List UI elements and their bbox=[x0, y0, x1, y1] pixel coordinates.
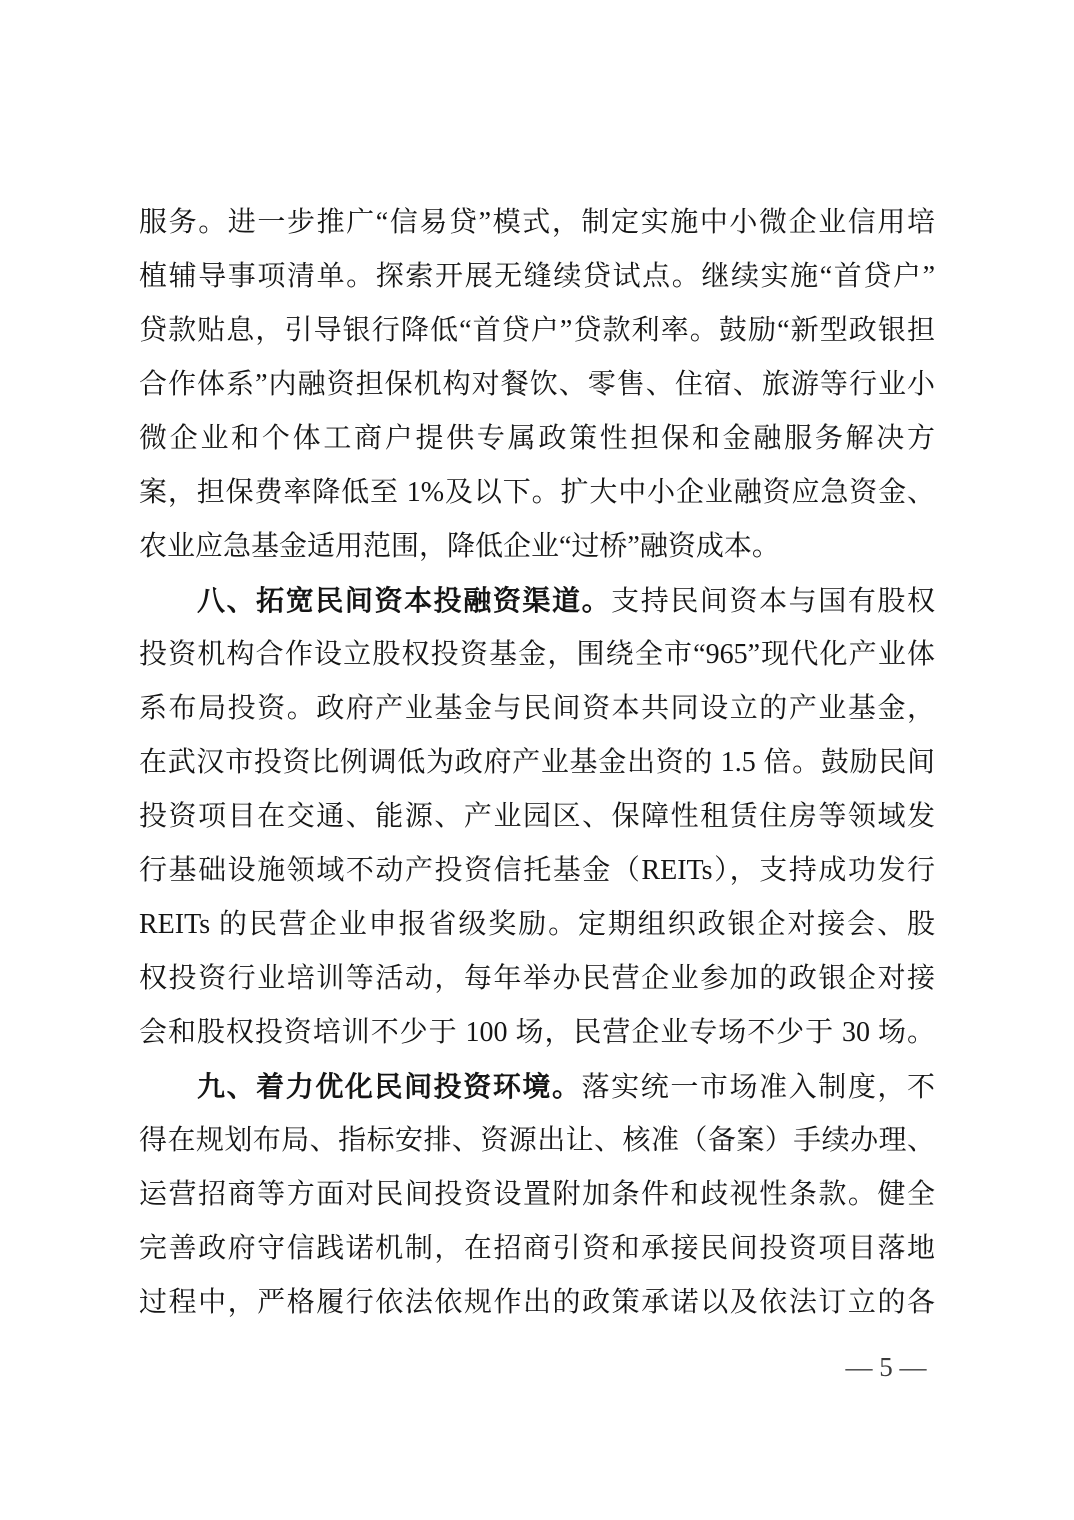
text-line: 在武汉市投资比例调低为政府产业基金出资的 1.5 倍。鼓励民间 bbox=[139, 736, 935, 790]
text-line: 系布局投资。政府产业基金与民间资本共同设立的产业基金， bbox=[139, 682, 935, 736]
text-line: 贷款贴息，引导银行降低“首贷户”贷款利率。鼓励“新型政银担 bbox=[139, 304, 935, 358]
text-line: 九、着力优化民间投资环境。落实统一市场准入制度，不 bbox=[139, 1060, 935, 1114]
section-heading: 九、着力优化民间投资环境。 bbox=[197, 1071, 582, 1102]
page-number: — 5 — bbox=[798, 1352, 974, 1383]
paragraph-section-9: 九、着力优化民间投资环境。落实统一市场准入制度，不 得在规划布局、指标安排、资源… bbox=[139, 1060, 935, 1330]
text-line: 过程中，严格履行依法依规作出的政策承诺以及依法订立的各 bbox=[139, 1276, 935, 1330]
text-line: 合作体系”内融资担保机构对餐饮、零售、住宿、旅游等行业小 bbox=[139, 358, 935, 412]
text-line: 微企业和个体工商户提供专属政策性担保和金融服务解决方 bbox=[139, 412, 935, 466]
text-line: 农业应急基金适用范围，降低企业“过桥”融资成本。 bbox=[139, 520, 935, 574]
text-line: 行基础设施领域不动产投资信托基金（REITs），支持成功发行 bbox=[139, 844, 935, 898]
section-heading: 八、拓宽民间资本投融资渠道。 bbox=[197, 585, 611, 616]
document-page: 服务。进一步推广“信易贷”模式，制定实施中小微企业信用培 植辅导事项清单。探索开… bbox=[0, 0, 1074, 1520]
document-body: 服务。进一步推广“信易贷”模式，制定实施中小微企业信用培 植辅导事项清单。探索开… bbox=[139, 196, 935, 1330]
text-run: 落实统一市场准入制度，不 bbox=[582, 1072, 935, 1103]
text-line: 运营招商等方面对民间投资设置附加条件和歧视性条款。健全 bbox=[139, 1168, 935, 1222]
text-line: 完善政府守信践诺机制，在招商引资和承接民间投资项目落地 bbox=[139, 1222, 935, 1276]
text-line: 投资项目在交通、能源、产业园区、保障性租赁住房等领域发 bbox=[139, 790, 935, 844]
text-line: 服务。进一步推广“信易贷”模式，制定实施中小微企业信用培 bbox=[139, 196, 935, 250]
text-line: 权投资行业培训等活动，每年举办民营企业参加的政银企对接 bbox=[139, 952, 935, 1006]
paragraph-continuation: 服务。进一步推广“信易贷”模式，制定实施中小微企业信用培 植辅导事项清单。探索开… bbox=[139, 196, 935, 574]
text-line: 会和股权投资培训不少于 100 场，民营企业专场不少于 30 场。 bbox=[139, 1006, 935, 1060]
text-line: 得在规划布局、指标安排、资源出让、核准（备案）手续办理、 bbox=[139, 1114, 935, 1168]
text-line: 八、拓宽民间资本投融资渠道。支持民间资本与国有股权 bbox=[139, 574, 935, 628]
text-line: REITs 的民营企业申报省级奖励。定期组织政银企对接会、股 bbox=[139, 898, 935, 952]
text-run: 支持民间资本与国有股权 bbox=[611, 586, 935, 617]
text-line: 植辅导事项清单。探索开展无缝续贷试点。继续实施“首贷户” bbox=[139, 250, 935, 304]
paragraph-section-8: 八、拓宽民间资本投融资渠道。支持民间资本与国有股权 投资机构合作设立股权投资基金… bbox=[139, 574, 935, 1060]
text-line: 投资机构合作设立股权投资基金，围绕全市“965”现代化产业体 bbox=[139, 628, 935, 682]
text-line: 案，担保费率降低至 1%及以下。扩大中小企业融资应急资金、 bbox=[139, 466, 935, 520]
